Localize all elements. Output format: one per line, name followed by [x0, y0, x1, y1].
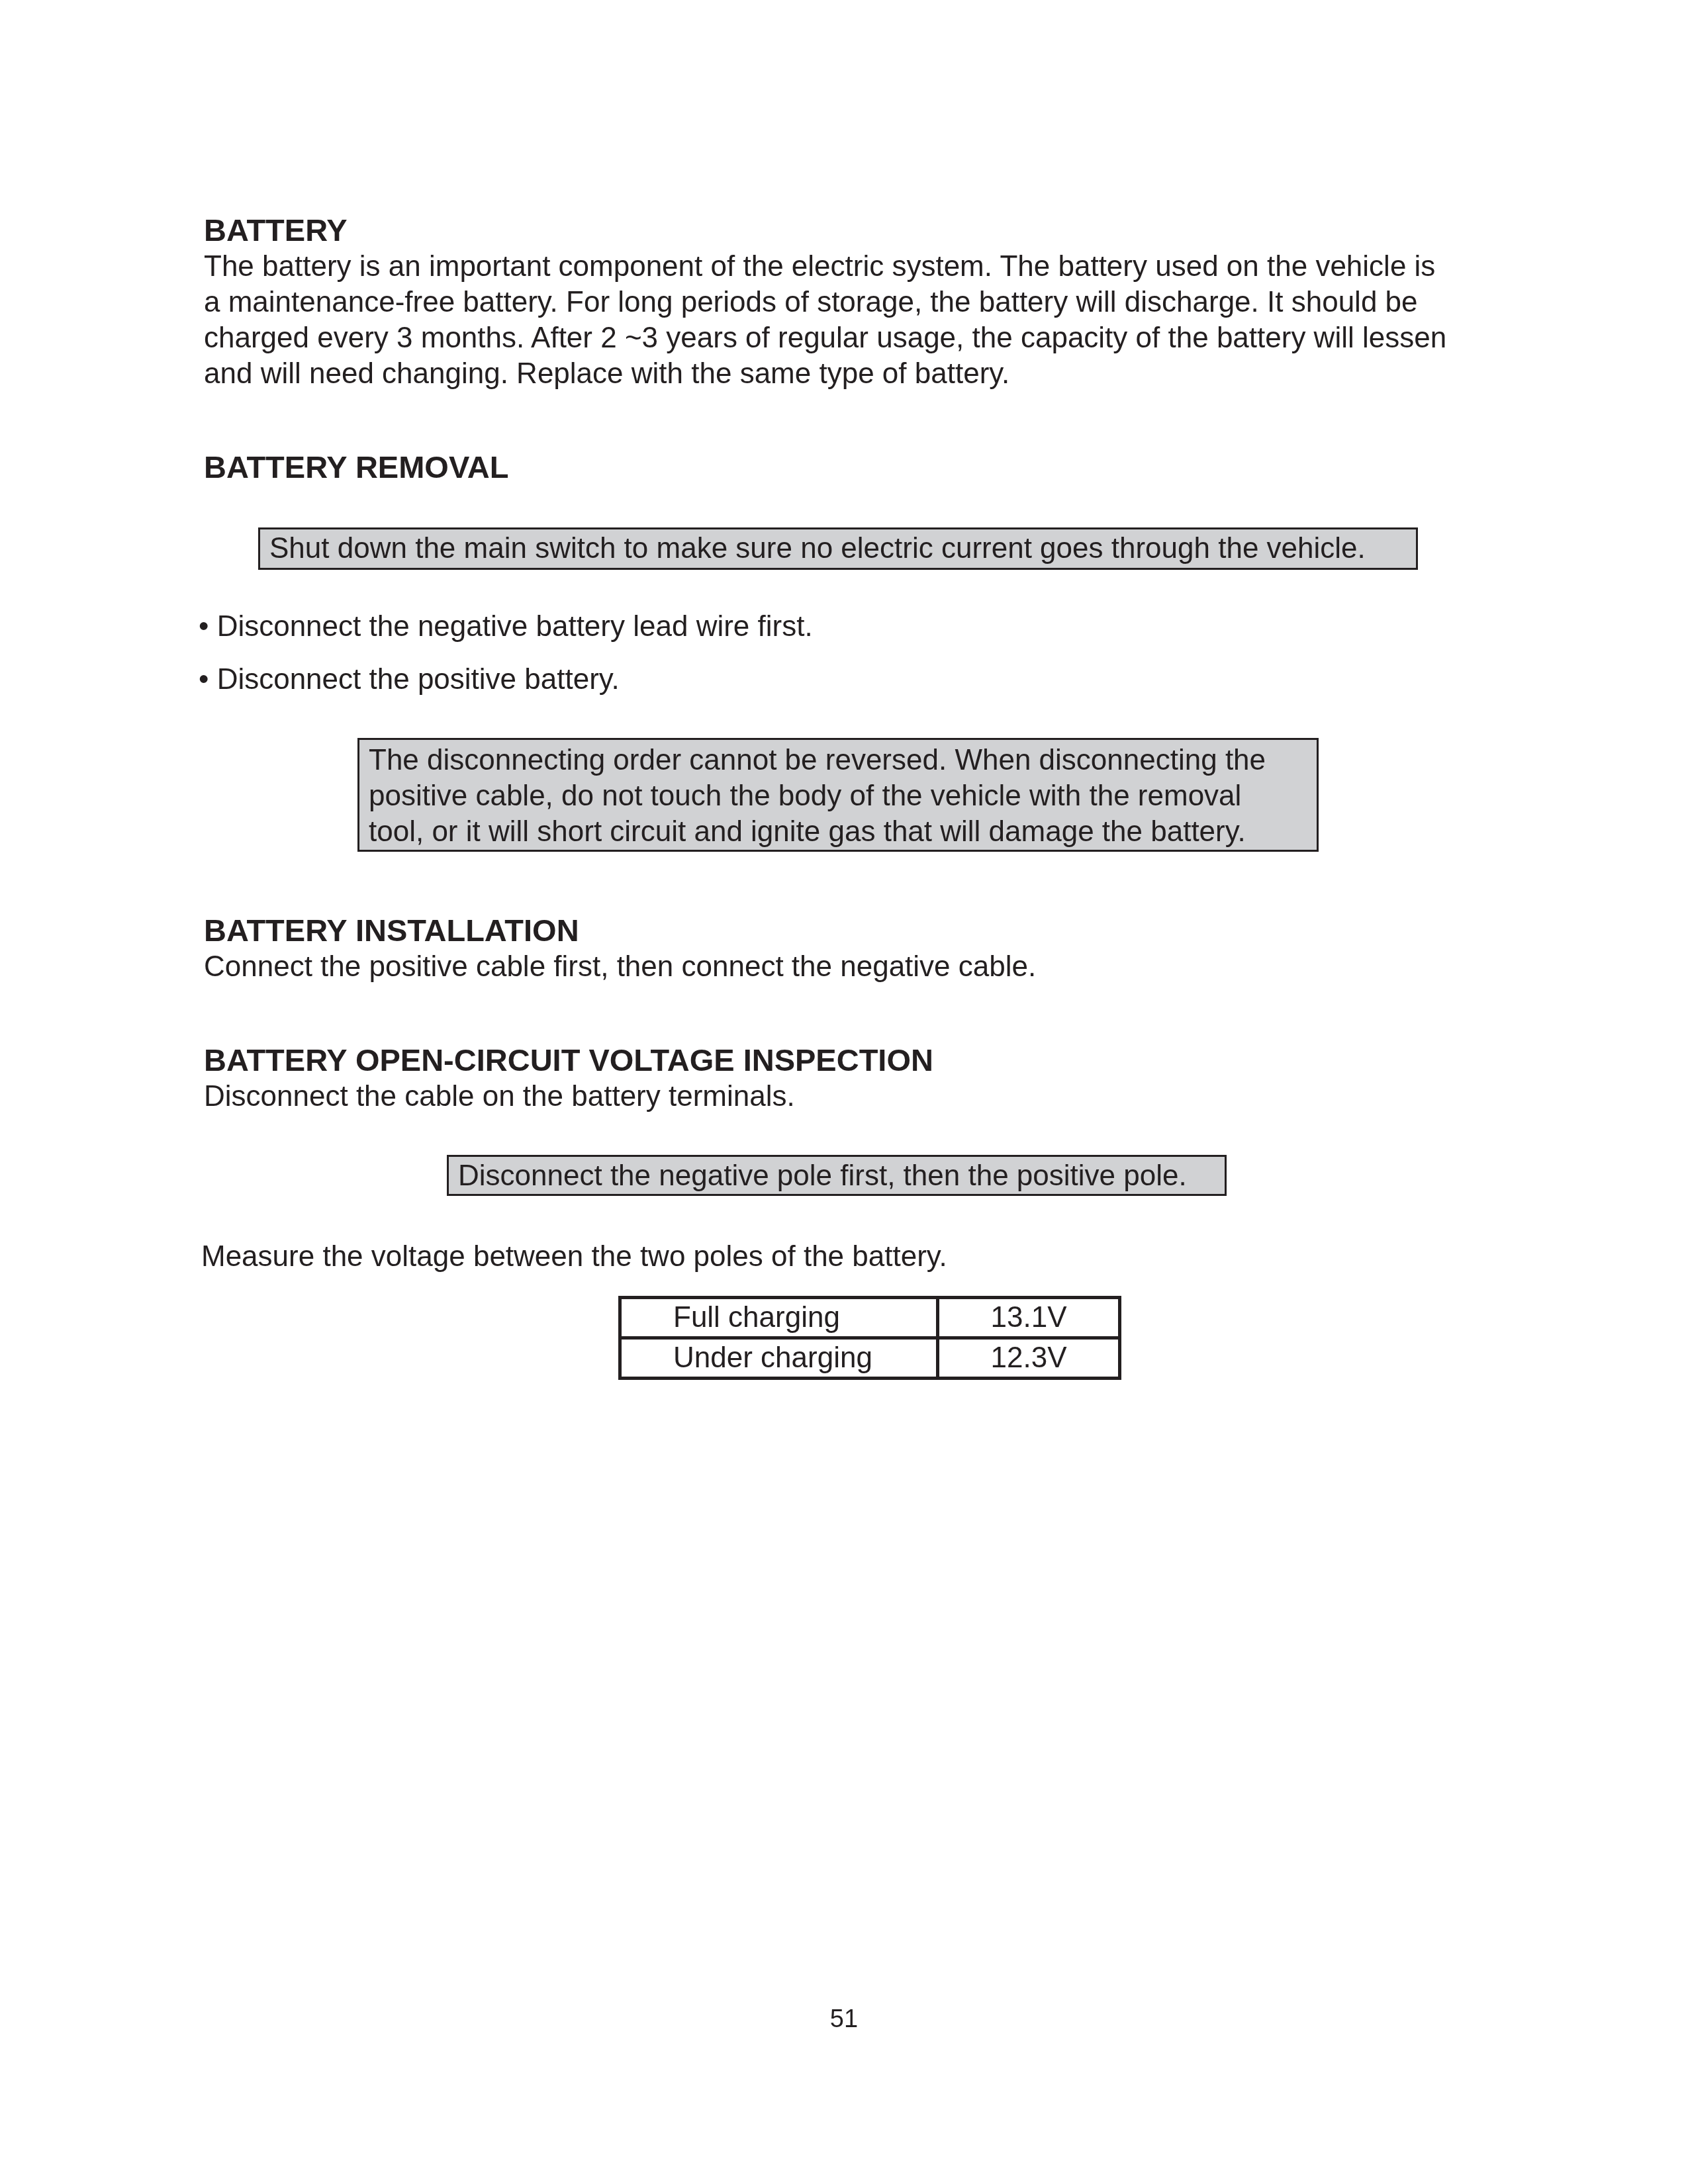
- heading-battery: BATTERY: [204, 212, 348, 249]
- removal-notice-box: Shut down the main switch to make sure n…: [258, 527, 1418, 570]
- removal-notice-text: Shut down the main switch to make sure n…: [269, 532, 1366, 565]
- table-cell-state: Under charging: [620, 1338, 938, 1379]
- paragraph-line: and will need changing. Replace with the…: [204, 356, 1446, 392]
- heading-voltage-inspection: BATTERY OPEN-CIRCUIT VOLTAGE INSPECTION: [204, 1042, 933, 1079]
- paragraph-line: The battery is an important component of…: [204, 249, 1446, 285]
- warning-line: positive cable, do not touch the body of…: [369, 778, 1307, 814]
- table-cell-voltage: 13.1V: [938, 1298, 1120, 1338]
- installation-text: Connect the positive cable first, then c…: [204, 949, 1036, 985]
- battery-paragraph: The battery is an important component of…: [204, 249, 1446, 392]
- removal-bullet-2: • Disconnect the positive battery.: [199, 662, 620, 698]
- warning-line: tool, or it will short circuit and ignit…: [369, 814, 1307, 850]
- removal-bullet-1: • Disconnect the negative battery lead w…: [199, 609, 813, 645]
- table-cell-voltage: 12.3V: [938, 1338, 1120, 1379]
- table-row: Full charging 13.1V: [620, 1298, 1120, 1338]
- removal-warning-box: The disconnecting order cannot be revers…: [357, 738, 1319, 852]
- table-cell-state: Full charging: [620, 1298, 938, 1338]
- warning-line: The disconnecting order cannot be revers…: [369, 743, 1307, 778]
- paragraph-line: charged every 3 months. After 2 ~3 years…: [204, 320, 1446, 356]
- page-number: 51: [0, 2005, 1688, 2034]
- paragraph-line: a maintenance-free battery. For long per…: [204, 285, 1446, 320]
- heading-battery-removal: BATTERY REMOVAL: [204, 449, 508, 486]
- voltage-table: Full charging 13.1V Under charging 12.3V: [618, 1296, 1121, 1380]
- table-row: Under charging 12.3V: [620, 1338, 1120, 1379]
- inspection-notice-text: Disconnect the negative pole first, then…: [458, 1160, 1187, 1192]
- measure-text: Measure the voltage between the two pole…: [201, 1239, 947, 1275]
- inspection-notice-box: Disconnect the negative pole first, then…: [447, 1155, 1227, 1196]
- heading-battery-installation: BATTERY INSTALLATION: [204, 912, 579, 949]
- inspection-text: Disconnect the cable on the battery term…: [204, 1079, 795, 1115]
